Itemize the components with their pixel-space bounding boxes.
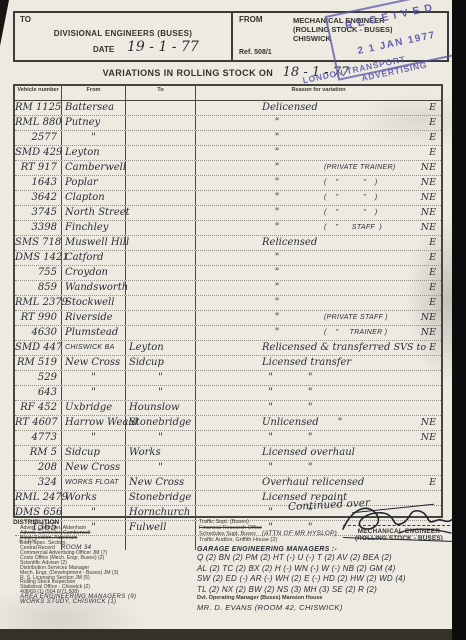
reason-text: Unlicensed " <box>262 416 342 429</box>
table-row: 4630Plumstead "( " TRAINER )NE <box>15 325 441 340</box>
vehicle-cell: 4773 <box>15 431 62 445</box>
reason-text: " <box>262 221 279 234</box>
table-row: 859Wandsworth "E <box>15 280 441 295</box>
reason-cell: "( " " )NE <box>196 191 441 205</box>
reason-cell: " "NE <box>196 431 441 445</box>
reason-text: Overhaul relicensed <box>262 476 364 489</box>
distribution-list-1: Advert, Controller, AldenhamAdvert. Cont… <box>13 526 203 605</box>
from-cell: Muswell Hill <box>62 236 126 250</box>
to-cell: " <box>126 386 196 400</box>
to-cell: New Cross <box>126 476 196 490</box>
from-cell: New Cross <box>62 356 126 370</box>
to-value: DIVISIONAL ENGINEERS (BUSES) <box>15 29 231 38</box>
scan-corner-artifact <box>0 0 9 46</box>
vehicle-cell: RML 880 <box>15 116 62 130</box>
reason-text: " <box>262 161 279 174</box>
ref-number: Ref. 508/1 <box>239 49 272 56</box>
from-cell: " <box>62 371 126 385</box>
reason-annotation: (PRIVATE STAFF ) <box>324 311 388 325</box>
table-header-row: Vehicle number From To Reason for variat… <box>15 86 441 101</box>
vehicle-cell: SMD 429 <box>15 146 62 160</box>
col-header-vehicle: Vehicle number <box>15 86 62 100</box>
reason-text: " " <box>262 386 313 399</box>
distribution-section: DISTRIBUTION Advert, Controller, Aldenha… <box>13 519 445 627</box>
vehicle-cell: RM 1125 <box>15 101 62 115</box>
reason-cell: RelicensedE <box>196 236 441 250</box>
from-cell: Wandsworth <box>62 281 126 295</box>
status-letter: NE <box>421 191 436 204</box>
reason-text: " <box>262 281 279 294</box>
to-cell <box>126 296 196 310</box>
reason-text: " " <box>262 371 313 384</box>
vehicle-cell: 324 <box>15 476 62 490</box>
from-cell: Battersea <box>62 101 126 115</box>
reason-cell: " " <box>196 461 441 475</box>
scan-edge-right <box>452 0 466 640</box>
header-divider <box>231 13 233 60</box>
garage-managers-lines: Q (2) BN (2) PM (2) HT (-) U (-) T (2) A… <box>197 553 455 595</box>
reason-cell: Overhaul relicensedE <box>196 476 441 490</box>
from-cell: " <box>62 506 126 520</box>
to-cell: Sidcup <box>126 356 196 370</box>
vehicle-cell: DMS 656 <box>15 506 62 520</box>
to-cell <box>126 236 196 250</box>
to-cell <box>126 326 196 340</box>
vehicle-cell: RM 519 <box>15 356 62 370</box>
table-row: SMS 718Muswell HillRelicensedE <box>15 235 441 250</box>
garage-managers-heading: GARAGE ENGINEERING MANAGERS :- <box>197 546 455 553</box>
to-cell <box>126 131 196 145</box>
to-cell <box>126 251 196 265</box>
to-cell <box>126 206 196 220</box>
from-cell: Poplar <box>62 176 126 190</box>
reason-text: " <box>262 326 279 339</box>
reason-text: " <box>262 146 279 159</box>
reason-cell: " " <box>196 371 441 385</box>
status-letter: E <box>429 101 436 114</box>
table-row: 643"" " " <box>15 385 441 400</box>
reason-cell: Licensed overhaul <box>196 446 441 460</box>
table-row: 4773"" " "NE <box>15 430 441 445</box>
reason-text: Relicensed <box>262 236 317 249</box>
vehicle-cell: 859 <box>15 281 62 295</box>
form-title-printed: VARIATIONS IN ROLLING STOCK ON <box>103 68 274 78</box>
distribution-item: WORKS STUDY, CHISWICK (1) <box>13 600 203 605</box>
to-cell <box>126 191 196 205</box>
from-cell: Catford <box>62 251 126 265</box>
to-cell <box>126 101 196 115</box>
from-cell: Stockwell <box>62 296 126 310</box>
status-letter: E <box>429 296 436 309</box>
table-row: RT 4607Harrow WealdStonebridgeUnlicensed… <box>15 415 441 430</box>
reason-cell: "( " TRAINER )NE <box>196 326 441 340</box>
reason-cell: " " <box>196 386 441 400</box>
reason-cell: Unlicensed "NE <box>196 416 441 430</box>
from-cell: Putney <box>62 116 126 130</box>
table-row: RM 519New CrossSidcupLicensed transfer <box>15 355 441 370</box>
variations-table: Vehicle number From To Reason for variat… <box>13 84 443 518</box>
from-cell: " <box>62 431 126 445</box>
reason-cell: "(PRIVATE STAFF )NE <box>196 311 441 325</box>
status-letter: E <box>429 476 436 489</box>
to-cell <box>126 146 196 160</box>
from-cell: " <box>62 131 126 145</box>
status-letter: E <box>429 116 436 129</box>
status-letter: NE <box>421 221 436 234</box>
operating-manager-line: Dvl. Operating Manager (Buses) Mansion H… <box>197 595 323 601</box>
to-label: TO <box>20 15 31 24</box>
reason-text: Licensed transfer <box>262 356 351 369</box>
to-cell <box>126 266 196 280</box>
table-row: RF 452UxbridgeHounslow " " <box>15 400 441 415</box>
table-row: RT 990Riverside "(PRIVATE STAFF )NE <box>15 310 441 325</box>
vehicle-cell: RML 2379 <box>15 296 62 310</box>
to-cell: Stonebridge <box>126 416 196 430</box>
to-cell: Leyton <box>126 341 196 355</box>
vehicle-cell: 2577 <box>15 131 62 145</box>
vehicle-cell: RML 2479 <box>15 491 62 505</box>
status-letter: SVS to E <box>394 341 436 354</box>
from-cell: Riverside <box>62 311 126 325</box>
reason-cell: "E <box>196 296 441 310</box>
reason-annotation: ( " TRAINER ) <box>324 326 387 340</box>
reason-text: " <box>262 176 279 189</box>
status-letter: NE <box>421 176 436 189</box>
vehicle-cell: SMD 447 <box>15 341 62 355</box>
distribution-item-note: (ATTN OF MR HYSLOP) <box>262 530 337 537</box>
from-cell: Plumstead <box>62 326 126 340</box>
status-letter: NE <box>421 431 436 444</box>
vehicle-cell: RT 917 <box>15 161 62 175</box>
vehicle-cell: DMS 1421 <box>15 251 62 265</box>
scan-edge-bottom <box>0 629 466 640</box>
reason-text: " " <box>262 431 313 444</box>
status-letter: E <box>429 146 436 159</box>
table-row: 1643Poplar "( " " )NE <box>15 175 441 190</box>
reason-cell: "E <box>196 251 441 265</box>
to-cell: " <box>126 371 196 385</box>
table-row: RML 2379Stockwell "E <box>15 295 441 310</box>
garage-codes-line: Q (2) BN (2) PM (2) HT (-) U (-) T (2) A… <box>197 553 455 564</box>
reason-cell: "(PRIVATE TRAINER)NE <box>196 161 441 175</box>
from-cell: Harrow Weald <box>62 416 126 430</box>
vehicle-cell: 208 <box>15 461 62 475</box>
table-row: RM 5SidcupWorksLicensed overhaul <box>15 445 441 460</box>
status-letter: NE <box>421 161 436 174</box>
reason-annotation: (PRIVATE TRAINER) <box>324 161 395 175</box>
vehicle-cell: RT 990 <box>15 311 62 325</box>
to-cell <box>126 116 196 130</box>
garage-codes-line: SW (2) ED (-) AR (-) WH (2) E (-) HD (2)… <box>197 574 455 585</box>
from-cell: Finchley <box>62 221 126 235</box>
reason-text: Licensed overhaul <box>262 446 355 459</box>
reason-text: " <box>262 296 279 309</box>
from-cell: Uxbridge <box>62 401 126 415</box>
table-body: RM 1125BatterseaDelicensedERML 880Putney… <box>15 101 441 550</box>
garage-managers-block: GARAGE ENGINEERING MANAGERS :- Q (2) BN … <box>197 546 455 595</box>
table-row: 324WORKS FLOATNew CrossOverhaul relicens… <box>15 475 441 490</box>
table-row: 3745North Street "( " " )NE <box>15 205 441 220</box>
from-cell: Croydon <box>62 266 126 280</box>
col-header-to: To <box>126 86 196 100</box>
reason-cell: "E <box>196 266 441 280</box>
reason-text: " <box>262 206 279 219</box>
vehicle-cell: RM 5 <box>15 446 62 460</box>
status-letter: E <box>429 251 436 264</box>
vehicle-cell: 3642 <box>15 191 62 205</box>
vehicle-cell: RT 4607 <box>15 416 62 430</box>
table-row: 2577" "E <box>15 130 441 145</box>
vehicle-cell: 755 <box>15 266 62 280</box>
distribution-column-1: DISTRIBUTION Advert, Controller, Aldenha… <box>13 519 203 605</box>
status-letter: E <box>429 236 436 249</box>
table-row: RM 1125BatterseaDelicensedE <box>15 101 441 115</box>
garage-codes-line: AL (2) TC (2) BX (2) H (-) WN (-) W (-) … <box>197 564 455 575</box>
vehicle-cell: 643 <box>15 386 62 400</box>
to-cell: Stonebridge <box>126 491 196 505</box>
table-row: SMD 447CHISWICK BALeytonRelicensed & tra… <box>15 340 441 355</box>
table-row: RML 880Putney "E <box>15 115 441 130</box>
reason-annotation: ( " " ) <box>324 206 377 220</box>
date-label: DATE <box>93 45 114 54</box>
reason-cell: "E <box>196 146 441 160</box>
reason-text: Delicensed <box>262 101 318 114</box>
reason-cell: "E <box>196 116 441 130</box>
from-cell: CHISWICK BA <box>62 341 126 355</box>
reason-text: Relicensed & transferred <box>262 341 390 354</box>
reason-cell: "E <box>196 131 441 145</box>
reason-annotation: ( " " ) <box>324 191 377 205</box>
table-row: 208New Cross" " " <box>15 460 441 475</box>
status-letter: E <box>429 281 436 294</box>
vehicle-cell: 3398 <box>15 221 62 235</box>
reason-cell: "( " STAFF )NE <box>196 221 441 235</box>
reason-text: " <box>262 131 279 144</box>
reason-text: " <box>262 191 279 204</box>
status-letter: E <box>429 266 436 279</box>
table-row: DMS 1421Catford "E <box>15 250 441 265</box>
to-cell: " <box>126 461 196 475</box>
from-cell: Sidcup <box>62 446 126 460</box>
from-cell: Clapton <box>62 191 126 205</box>
to-cell <box>126 311 196 325</box>
status-letter: NE <box>421 326 436 339</box>
reason-cell: Relicensed & transferredSVS to E <box>196 341 441 355</box>
vehicle-cell: RF 452 <box>15 401 62 415</box>
vehicle-cell: SMS 718 <box>15 236 62 250</box>
date-handwritten: 19 - 1 - 77 <box>127 39 199 55</box>
table-row: 3642Clapton "( " " )NE <box>15 190 441 205</box>
table-row: 3398Finchley "( " STAFF )NE <box>15 220 441 235</box>
vehicle-cell: 1643 <box>15 176 62 190</box>
reason-text: " " <box>262 401 313 414</box>
status-letter: NE <box>421 206 436 219</box>
col-header-from: From <box>62 86 126 100</box>
status-letter: E <box>429 131 436 144</box>
from-cell: New Cross <box>62 461 126 475</box>
from-cell: Leyton <box>62 146 126 160</box>
reason-cell: "( " " )NE <box>196 206 441 220</box>
to-cell <box>126 176 196 190</box>
vehicle-cell: 3745 <box>15 206 62 220</box>
from-label: FROM <box>239 15 263 24</box>
table-row: 755Croydon "E <box>15 265 441 280</box>
table-row: 529"" " " <box>15 370 441 385</box>
to-cell: Works <box>126 446 196 460</box>
scanned-form-page: TO DIVISIONAL ENGINEERS (BUSES) DATE 19 … <box>0 0 466 640</box>
signature-block: MECHANICAL ENGINEER (ROLLING STOCK - BUS… <box>343 521 455 542</box>
evans-note: MR. D. EVANS (ROOM 42, CHISWICK) <box>197 603 343 612</box>
reason-cell: DelicensedE <box>196 101 441 115</box>
reason-annotation: ( " " ) <box>324 176 377 190</box>
status-letter: NE <box>421 311 436 324</box>
reason-cell: "E <box>196 281 441 295</box>
reason-text: " <box>262 116 279 129</box>
to-cell: " <box>126 431 196 445</box>
to-cell: Hornchurch <box>126 506 196 520</box>
reason-annotation: ( " STAFF ) <box>324 221 382 235</box>
reason-text: " " <box>262 461 313 474</box>
to-cell <box>126 281 196 295</box>
reason-text: " <box>262 251 279 264</box>
to-cell <box>126 221 196 235</box>
status-letter: NE <box>421 416 436 429</box>
from-cell: Camberwell <box>62 161 126 175</box>
reason-cell: "( " " )NE <box>196 176 441 190</box>
from-cell: " <box>62 386 126 400</box>
from-cell: Works <box>62 491 126 505</box>
reason-cell: " " <box>196 401 441 415</box>
to-cell: Hounslow <box>126 401 196 415</box>
to-cell <box>126 161 196 175</box>
garage-codes-line: TL (2) NX (2) BW (2) NS (3) MH (3) SE (2… <box>197 585 455 596</box>
table-row: SMD 429Leyton "E <box>15 145 441 160</box>
from-cell: WORKS FLOAT <box>62 476 126 490</box>
table-row: RT 917Camberwell "(PRIVATE TRAINER)NE <box>15 160 441 175</box>
from-cell: North Street <box>62 206 126 220</box>
reason-cell: Licensed transfer <box>196 356 441 370</box>
reason-text: " <box>262 311 279 324</box>
reason-text: " <box>262 266 279 279</box>
paper-sheet: TO DIVISIONAL ENGINEERS (BUSES) DATE 19 … <box>0 0 452 629</box>
vehicle-cell: 4630 <box>15 326 62 340</box>
vehicle-cell: 529 <box>15 371 62 385</box>
